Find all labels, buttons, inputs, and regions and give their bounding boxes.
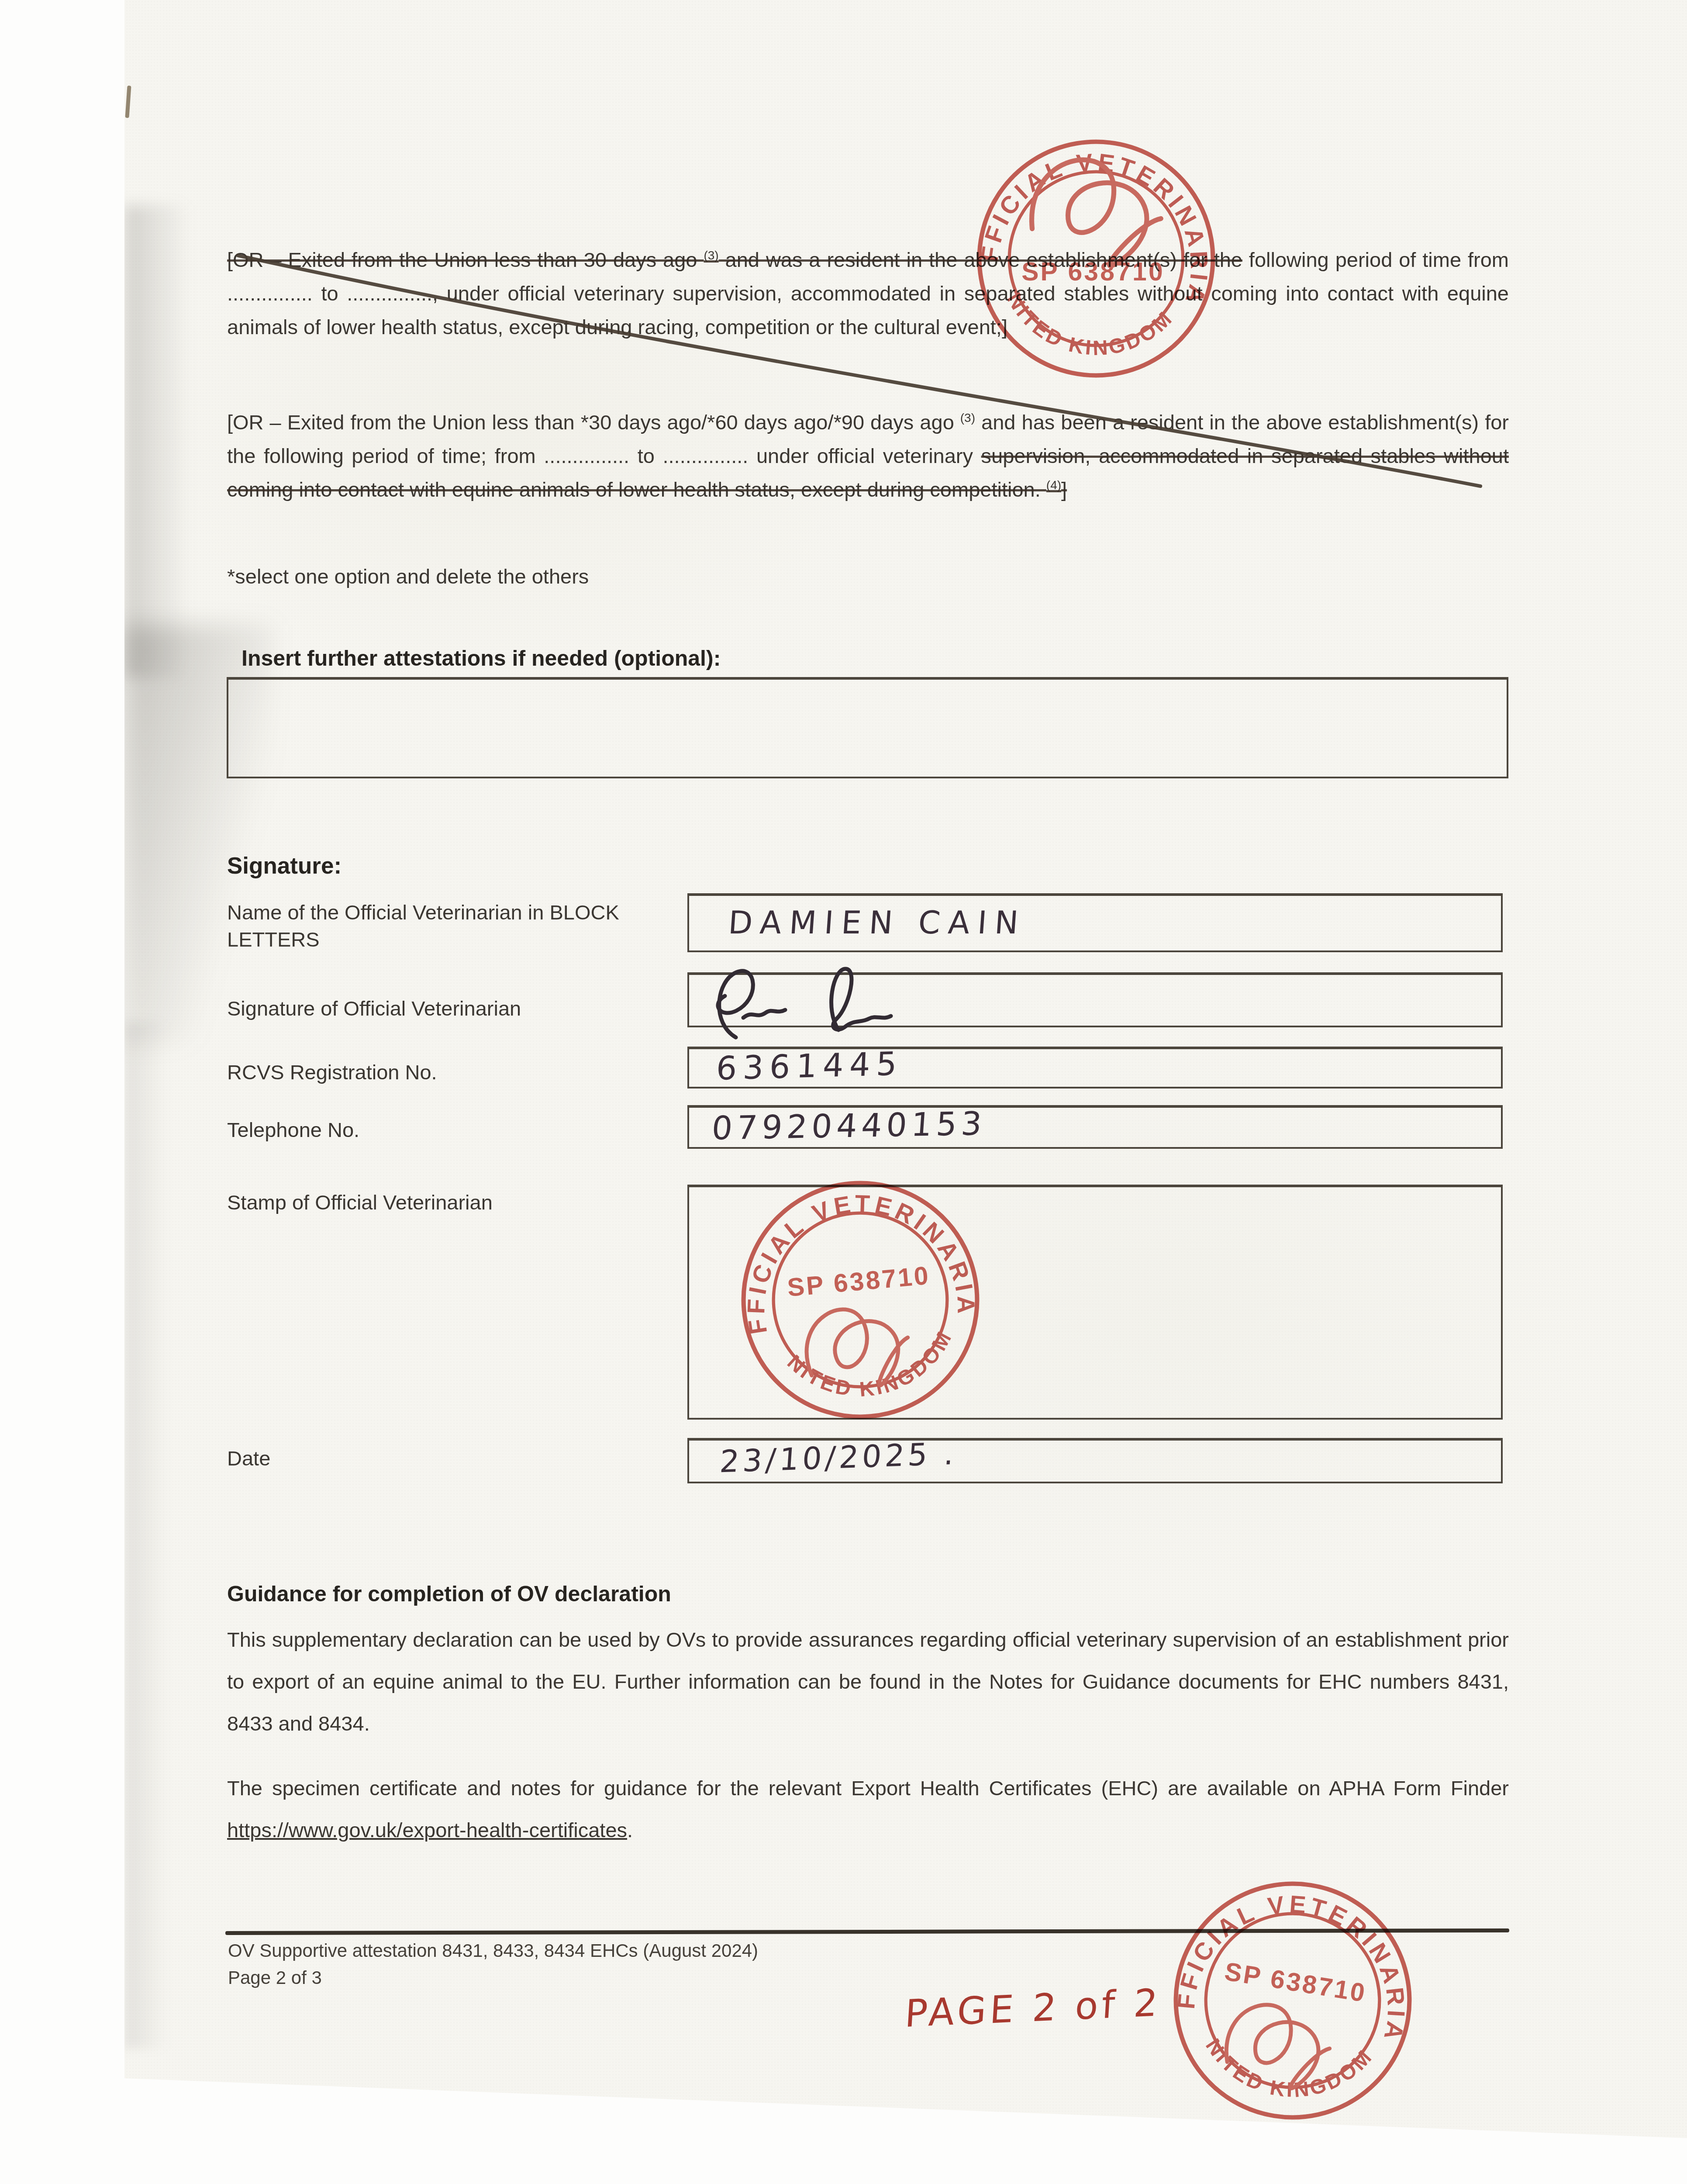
footnote-marker-4: (4) [1046, 478, 1061, 492]
scan-shadow [124, 1022, 168, 2049]
footer-page-number: Page 2 of 3 [228, 1967, 322, 1988]
attestations-heading: Insert further attestations if needed (o… [241, 646, 721, 671]
guidance-paragraph-2: The specimen certificate and notes for g… [227, 1767, 1509, 1851]
signature-heading: Signature: [227, 853, 342, 879]
telephone-label: Telephone No. [227, 1116, 359, 1144]
stamp-number-text: SP 638710 [1021, 258, 1165, 286]
scan-shadow [124, 205, 190, 677]
scanned-document: [OR – Exited from the Union less than 30… [0, 0, 1687, 2184]
stray-pen-mark [125, 86, 131, 118]
official-veterinarian-stamp-top: OFFICIAL VETERINARIAN UNITED KINGDOM SP … [951, 114, 1241, 404]
signature-input-box [687, 972, 1503, 1027]
handwritten-page-note: PAGE 2 of 2 [904, 1981, 1163, 2036]
stamp-label: Stamp of Official Veterinarian [227, 1189, 493, 1216]
stamp-number-text: SP 638710 [1223, 1957, 1369, 2008]
gov-uk-link-text: https://www.gov.uk/export-health-certifi… [227, 1818, 627, 1842]
option-paragraph-2: [OR – Exited from the Union less than *3… [227, 405, 1509, 506]
signature-label: Signature of Official Veterinarian [227, 995, 521, 1022]
guidance-paragraph-2-text: The specimen certificate and notes for g… [227, 1776, 1509, 1800]
rcvs-handwritten-value: 6361445 [715, 1045, 904, 1087]
footnote-marker-3: (3) [704, 249, 718, 262]
option-paragraph-1: [OR – Exited from the Union less than 30… [227, 243, 1509, 344]
select-option-note: *select one option and delete the others [227, 564, 589, 588]
document-page: [OR – Exited from the Union less than 30… [0, 0, 1687, 2184]
attestations-input-box [227, 677, 1508, 778]
date-label: Date [227, 1445, 270, 1472]
option2-struck-text-b: ] [1061, 478, 1067, 501]
footnote-marker-3: (3) [960, 411, 975, 425]
name-label: Name of the Official Veterinarian in BLO… [227, 899, 690, 953]
name-handwritten-value: DAMIEN CAIN [727, 904, 1028, 941]
option2-body-text: [OR – Exited from the Union less than *3… [227, 411, 960, 434]
option1-struck-text: [OR – Exited from the Union less than 30… [227, 248, 704, 271]
guidance-paragraph-2-period: . [627, 1818, 633, 1842]
guidance-heading: Guidance for completion of OV declaratio… [227, 1581, 671, 1607]
official-veterinarian-stamp-bottom: OFFICIAL VETERINARIAN UNITED KINGDOM SP … [1153, 1861, 1433, 2141]
footer-document-title: OV Supportive attestation 8431, 8433, 84… [228, 1940, 758, 1961]
rcvs-label: RCVS Registration No. [227, 1059, 437, 1086]
guidance-paragraph-1: This supplementary declaration can be us… [227, 1619, 1509, 1745]
telephone-handwritten-value: 07920440153 [711, 1105, 987, 1147]
stamp-number-text: SP 638710 [786, 1261, 931, 1302]
official-veterinarian-stamp-middle: OFFICIAL VETERINARIAN UNITED KINGDOM SP … [728, 1168, 993, 1433]
